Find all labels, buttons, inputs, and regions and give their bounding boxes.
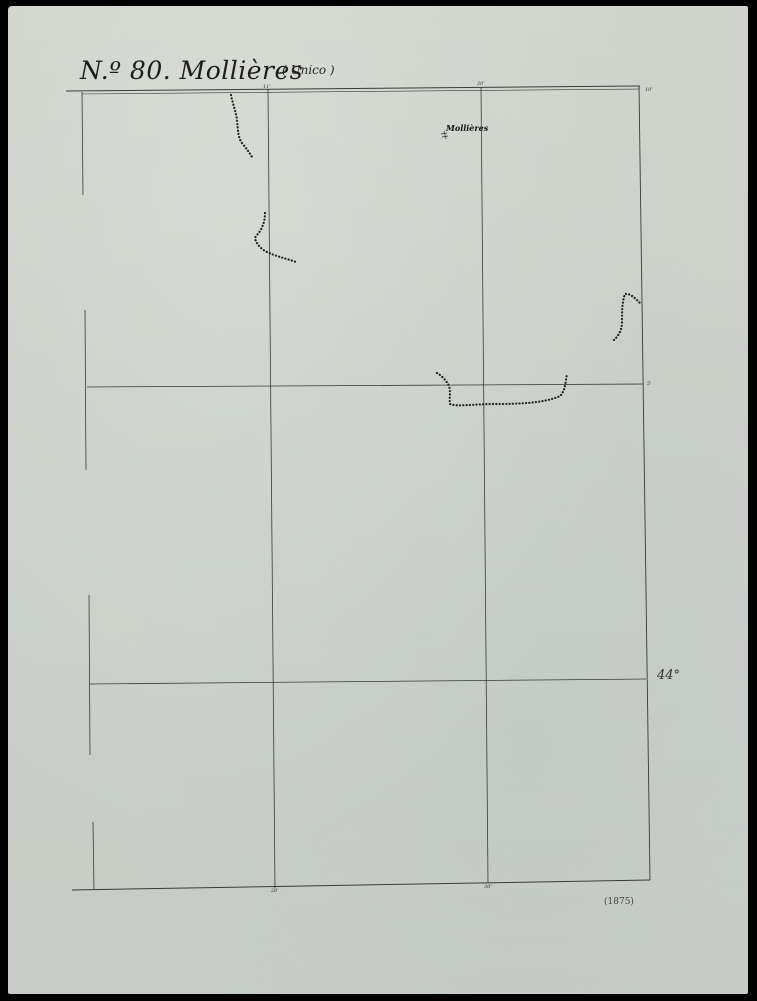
gridline-vertical-20 xyxy=(268,89,275,888)
frame-top-line xyxy=(66,86,640,91)
boundary-dotted-4 xyxy=(614,294,641,340)
place-label-mollieres: Mollières xyxy=(446,123,488,133)
year-label: (1875) xyxy=(604,897,634,907)
boundary-dotted-1 xyxy=(231,95,252,157)
tick-label-right-5: 5' xyxy=(647,381,652,387)
frame-right-line xyxy=(639,86,650,880)
tick-label-top-2: 20' xyxy=(477,81,485,87)
frame-left-segment xyxy=(82,92,83,195)
frame-bottom-line xyxy=(72,880,650,890)
map-grid xyxy=(0,0,757,1001)
tick-label-top-3: 10' xyxy=(645,87,653,93)
tick-label-bottom-2: 30' xyxy=(484,884,492,890)
boundary-dotted-2 xyxy=(255,213,296,262)
tick-label-bottom-1: 20' xyxy=(271,888,279,894)
gridline-horizontal-5 xyxy=(87,384,643,387)
latitude-label: 44° xyxy=(657,668,680,683)
gridline-horizontal-44 xyxy=(90,679,646,684)
gridline-vertical-30 xyxy=(481,87,488,883)
boundary-dotted-3 xyxy=(437,373,567,405)
tick-label-top-1: 11' xyxy=(263,84,271,90)
